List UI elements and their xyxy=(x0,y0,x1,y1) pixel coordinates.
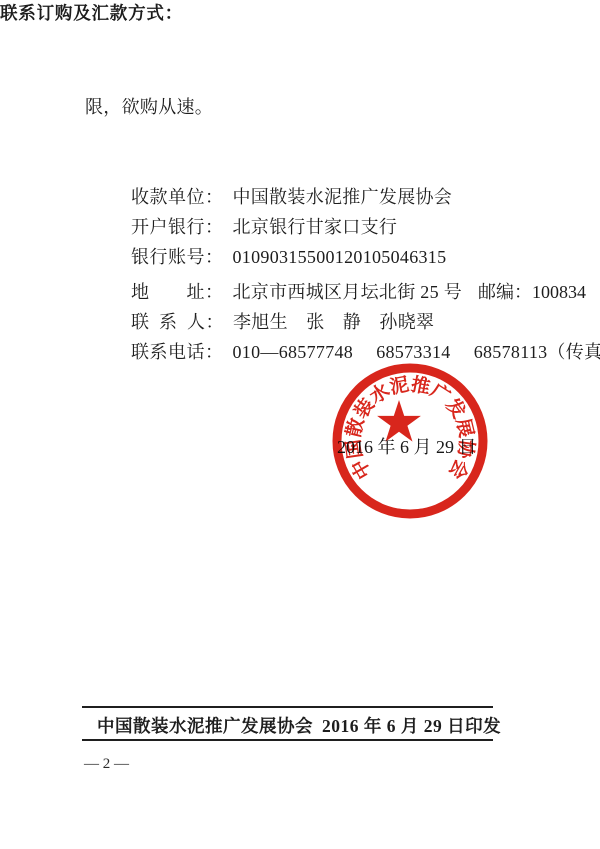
stamp-arc-char: 国 xyxy=(342,438,366,460)
phone-label: 联系电话： xyxy=(131,342,224,362)
zip-value: 100834 xyxy=(532,282,586,302)
footer-divider-top xyxy=(82,706,493,708)
zip-label: 邮编： xyxy=(478,282,532,302)
star-icon xyxy=(377,400,421,442)
phone-numbers: 010—68577748 68573314 68578113（传真） xyxy=(233,342,600,362)
footer-issuer: 中国散装水泥推广发展协会 xyxy=(97,714,313,738)
section-heading: 联系订购及汇款方式： xyxy=(0,0,600,25)
document-page: 限，欲购从速。 联系订购及汇款方式： 收款单位：中国散装水泥推广发展协会 开户银… xyxy=(0,0,600,849)
footer-print-date: 2016 年 6 月 29 日印发 xyxy=(322,714,501,738)
footer-divider-bottom xyxy=(82,739,493,741)
paragraph-continuation: 限，欲购从速。 xyxy=(85,96,213,118)
stamp-arc-char: 泥 xyxy=(388,373,411,398)
official-stamp: 中国散装水泥推广发展协会 xyxy=(332,363,488,519)
stamp-arc-char: 展 xyxy=(452,416,478,440)
page-number: — 2 — xyxy=(84,755,129,773)
